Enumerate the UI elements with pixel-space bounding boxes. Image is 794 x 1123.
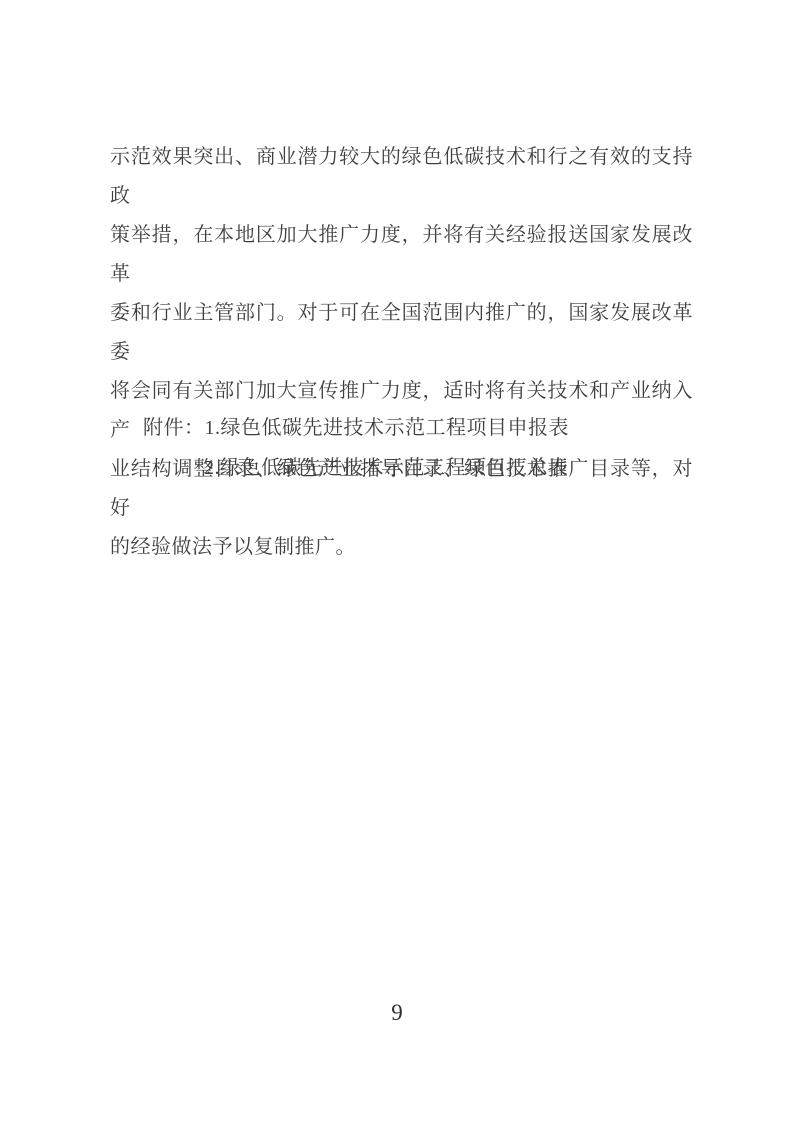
attachment-item: 2.绿色低碳先进技术示范工程项目汇总表	[204, 457, 569, 479]
paragraph-line: 策举措，在本地区加大推广力度，并将有关经验报送国家发展改革	[110, 216, 693, 294]
attachment-list: 附件：1.绿色低碳先进技术示范工程项目申报表 2.绿色低碳先进技术示范工程项目汇…	[143, 408, 569, 488]
attachment-row: 附件：1.绿色低碳先进技术示范工程项目申报表	[143, 408, 569, 448]
attachment-row: 2.绿色低碳先进技术示范工程项目汇总表	[143, 448, 569, 488]
paragraph-line: 示范效果突出、商业潜力较大的绿色低碳技术和行之有效的支持政	[110, 138, 693, 216]
paragraph-line: 委和行业主管部门。对于可在全国范围内推广的，国家发展改革委	[110, 294, 693, 372]
attachment-label: 附件：	[143, 417, 205, 439]
attachment-item: 1.绿色低碳先进技术示范工程项目申报表	[205, 417, 570, 439]
document-page: 示范效果突出、商业潜力较大的绿色低碳技术和行之有效的支持政 策举措，在本地区加大…	[0, 0, 794, 1123]
paragraph-line: 的经验做法予以复制推广。	[110, 528, 693, 567]
page-number: 9	[0, 1000, 794, 1026]
body-paragraph: 示范效果突出、商业潜力较大的绿色低碳技术和行之有效的支持政 策举措，在本地区加大…	[110, 138, 693, 567]
